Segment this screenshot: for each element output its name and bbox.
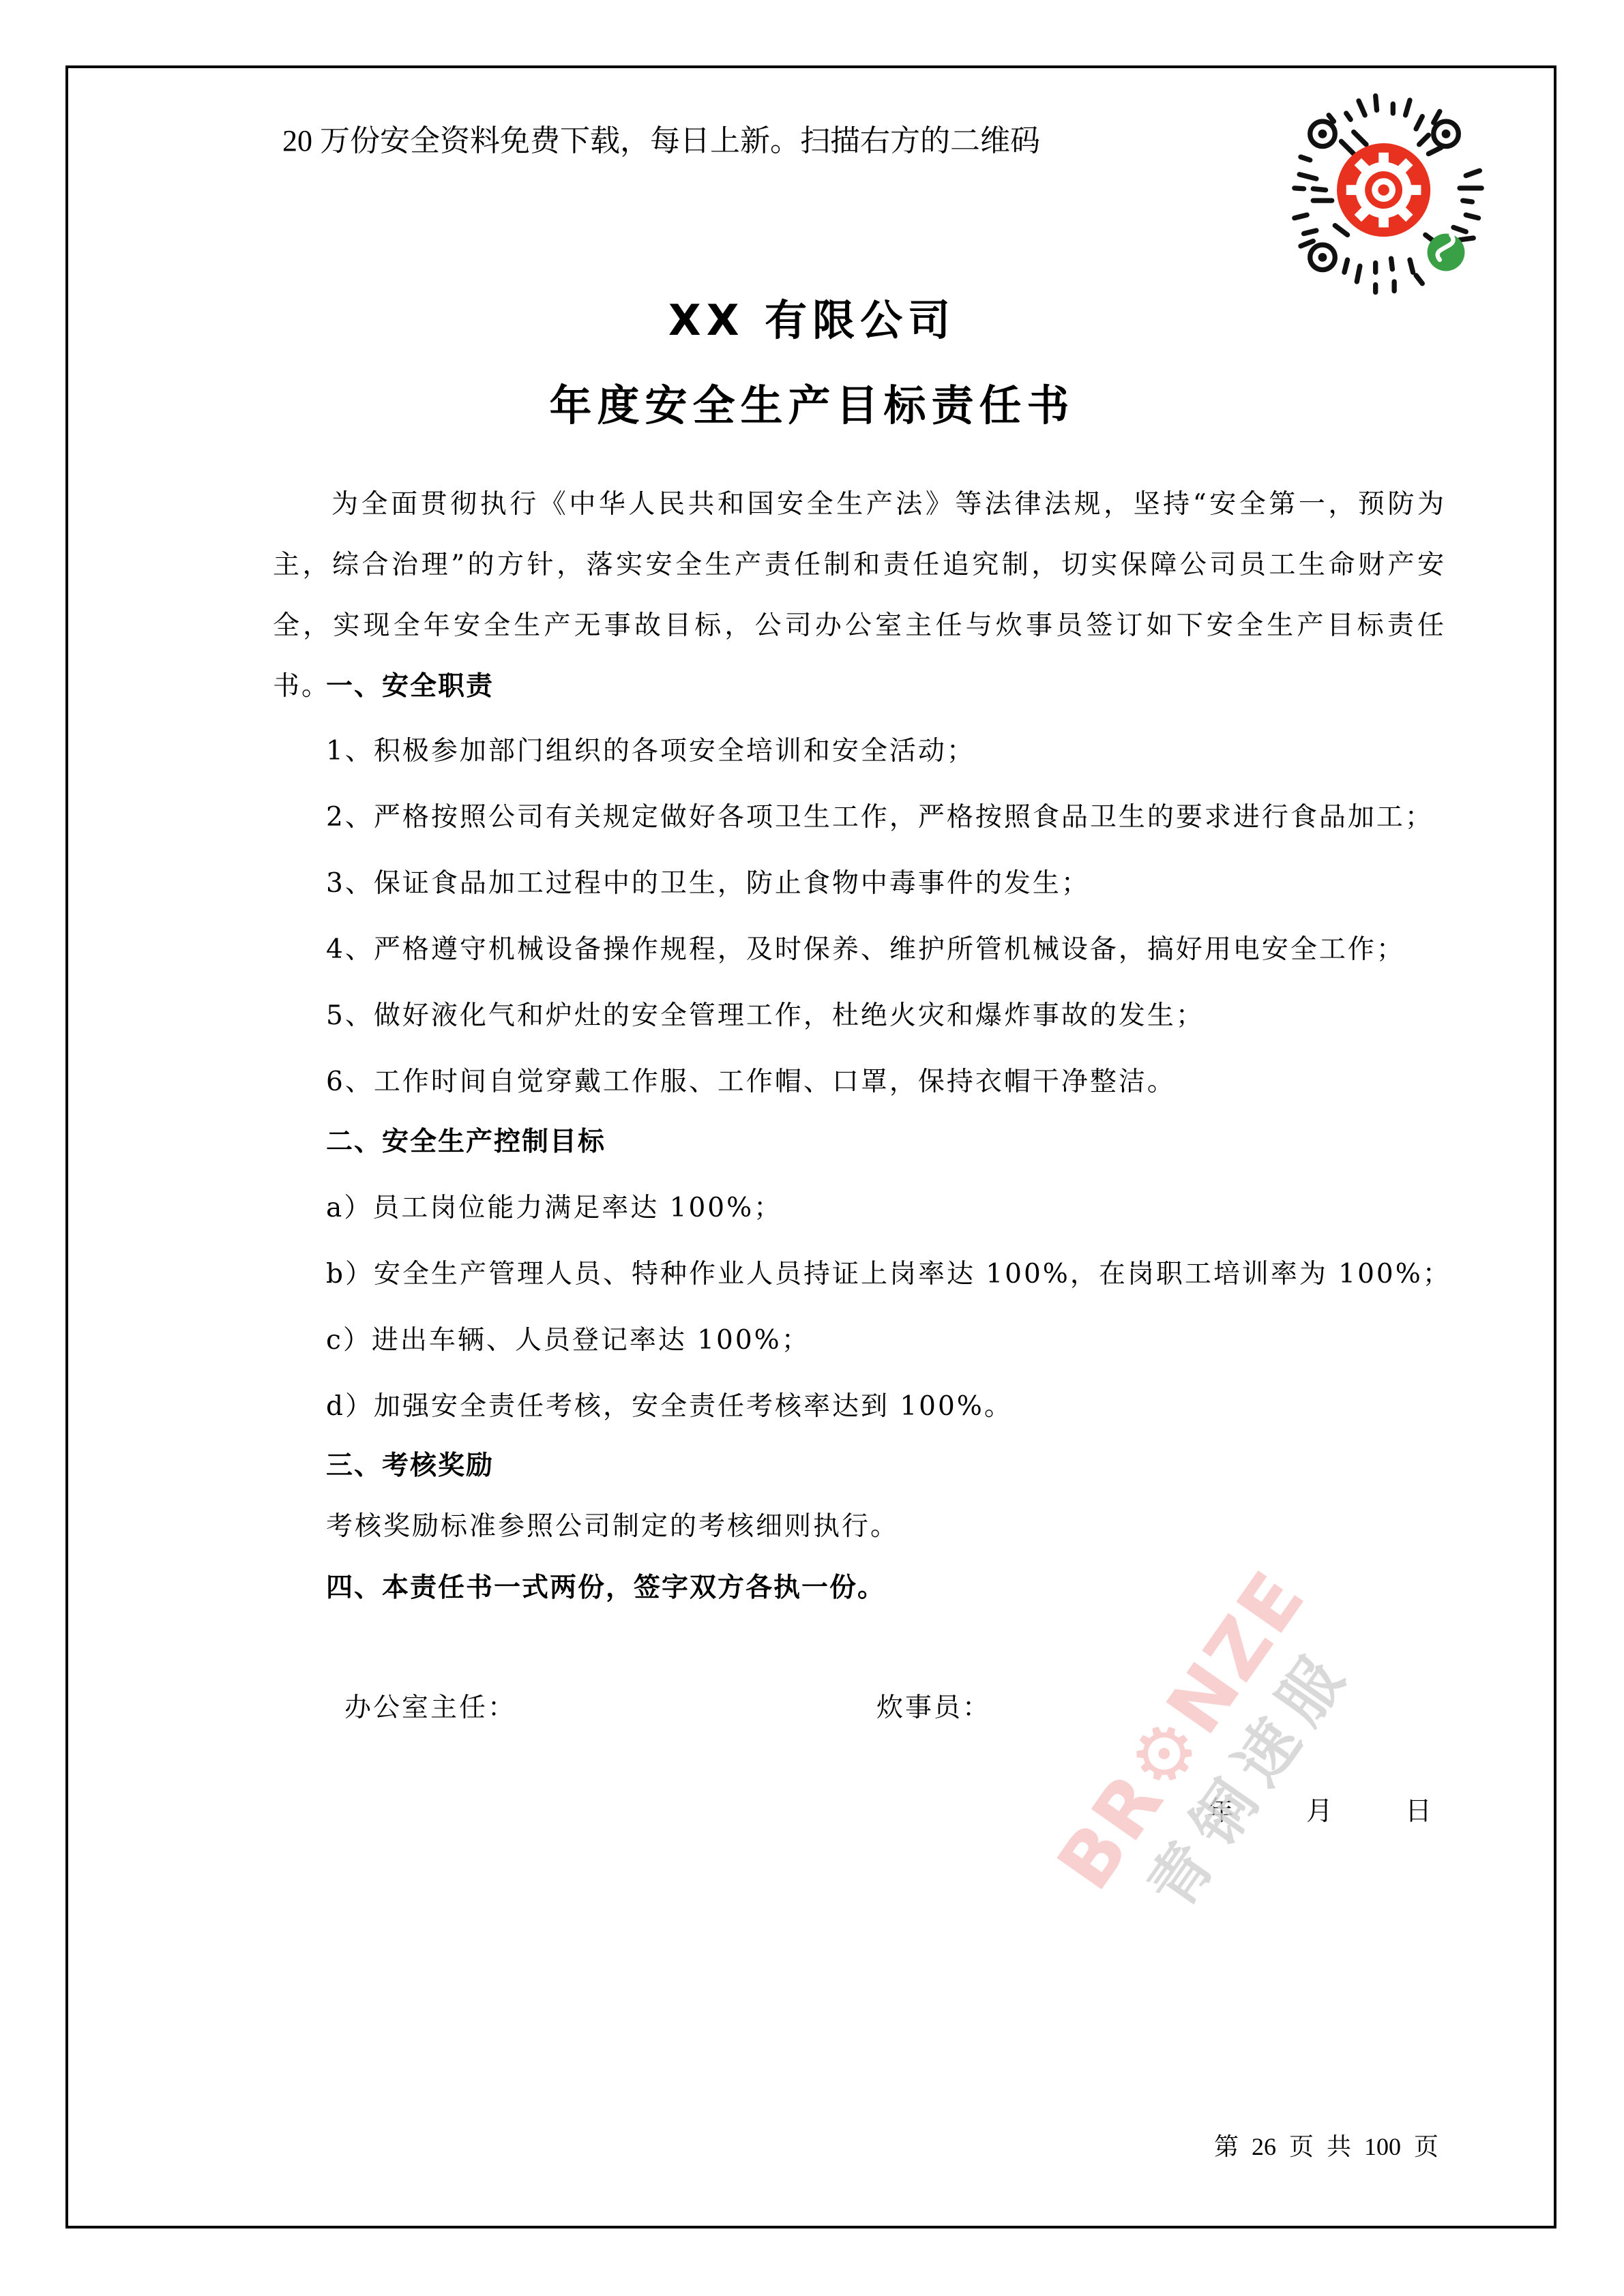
target-item: d）加强安全责任考核，安全责任考核率达到 100%。 xyxy=(326,1385,1013,1423)
date-day: 日 xyxy=(1405,1790,1432,1828)
duty-item: 3、保证食品加工过程中的卫生，防止食物中毒事件的发生； xyxy=(326,862,1090,900)
duty-item: 4、严格遵守机械设备操作规程，及时保养、维护所管机械设备，搞好用电安全工作； xyxy=(326,928,1405,966)
promo-text: 20 万份安全资料免费下载，每日上新。扫描右方的二维码 xyxy=(282,116,1040,160)
target-item: c）进出车辆、人员登记率达 100%； xyxy=(326,1319,810,1357)
reward-item: 考核奖励标准参照公司制定的考核细则执行。 xyxy=(326,1505,899,1543)
section-heading-rewards: 三、考核奖励 xyxy=(326,1444,494,1482)
section-heading-duties: 一、安全职责 xyxy=(326,665,494,703)
section-heading-copies: 四、本责任书一式两份，签字双方各执一份。 xyxy=(326,1566,885,1605)
duty-item: 5、做好液化气和炉灶的安全管理工作，杜绝火灾和爆炸事故的发生； xyxy=(326,994,1205,1032)
document-title: 年度安全生产目标责任书 xyxy=(0,372,1624,432)
signature-cook: 炊事员： xyxy=(876,1686,991,1725)
duty-item: 1、积极参加部门组织的各项安全培训和安全活动； xyxy=(326,730,975,768)
date-month: 月 xyxy=(1306,1790,1333,1828)
duty-item: 2、严格按照公司有关规定做好各项卫生工作，严格按照食品卫生的要求进行食品加工； xyxy=(326,796,1434,834)
target-item: a）员工岗位能力满足率达 100%； xyxy=(326,1187,782,1225)
company-title: XX 有限公司 xyxy=(0,286,1624,347)
mini-program-badge xyxy=(1428,234,1465,271)
page-number: 第 26 页 共 100 页 xyxy=(1214,2128,1438,2162)
date-year: 年 xyxy=(1207,1790,1234,1828)
section-heading-targets: 二、安全生产控制目标 xyxy=(326,1120,606,1159)
qr-code-icon[interactable] xyxy=(1279,82,1497,307)
duty-item: 6、工作时间自觉穿戴工作服、工作帽、口罩，保持衣帽干净整洁。 xyxy=(326,1060,1176,1099)
target-item: b）安全生产管理人员、特种作业人员持证上岗率达 100%，在岗职工培训率为 10… xyxy=(326,1253,1451,1291)
signature-office-director: 办公室主任： xyxy=(344,1686,516,1725)
